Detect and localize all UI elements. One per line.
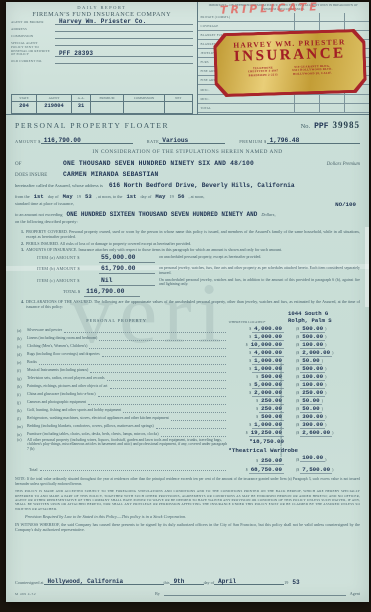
net-cell <box>165 102 193 114</box>
row-label: Books <box>27 360 37 364</box>
sticker-line: HOLLYWOOD 28, CALIF. <box>292 72 332 77</box>
value-2: 100.00 <box>300 373 325 381</box>
row-o-values: *18,750.00 *Theatrical Wardrobe $250.00 <box>228 438 284 465</box>
paragraph-list: 1. PROPERTY COVERED. Personal property o… <box>15 229 360 253</box>
amount-in-words: ONE HUNDRED SIXTEEN THOUSAND SEVEN HUNDR… <box>63 211 262 218</box>
value-2: 2,600.00 <box>300 429 332 437</box>
dotted-leader <box>99 336 226 341</box>
col-state: STATE <box>12 95 37 102</box>
fine-print: THIS POLICY IS MADE AND ACCEPTED SUBJECT… <box>15 489 360 511</box>
breakdown-cell <box>294 22 319 30</box>
dotted-leader <box>102 352 226 357</box>
value-2: 50.00 <box>300 357 321 365</box>
not-exceeding: to an amount not exceeding <box>15 212 63 217</box>
table-row: (f) Musical Instruments (including piano… <box>15 365 360 373</box>
sticker-address-col: 910 GUARANTY BLDG. 6331 HOLLYWOOD BLVD. … <box>292 64 333 76</box>
form-field-row: AGENT OR BROKER Harvey Wm. Priester Co. <box>11 18 193 25</box>
value-other: ($500.00) <box>296 365 360 373</box>
declarations-intro: 4. DECLARATIONS OF THE ASSURED. The foll… <box>15 299 360 310</box>
value-1: 10,000.00 <box>249 341 284 349</box>
rate-value: Various <box>159 137 191 144</box>
value-wherever: $19,250.00 <box>228 429 284 437</box>
dotted-leader <box>40 466 226 471</box>
value-other: ($50.00) <box>296 405 360 413</box>
breakdown-label: TOTAL <box>201 106 295 110</box>
table-row: (a) Silverware and pewter $4,000.00 ($50… <box>15 325 360 333</box>
standard-time: standard time at place of issuance, <box>15 201 74 210</box>
amount-rate-premium-row: Amount $ 116,790.00 Rate Various Premium… <box>15 137 360 144</box>
policy-term: from the1stday ofMay1953, at noon, to th… <box>15 193 360 226</box>
row-letter: (b) <box>17 337 27 341</box>
items-total-value: 116,790.00 <box>84 288 140 297</box>
value-other: ($100.00) <box>296 381 360 389</box>
row-letter: (f) <box>17 369 27 373</box>
sticker-phone-col: TELEPHONE CRESTVIEW 4-4847 BRADSHAW 2-22… <box>248 66 279 78</box>
row-letter: (n) <box>17 433 27 437</box>
end-year: 56 <box>174 193 189 200</box>
agency-sticker: HARVEY WM. PRIESTER INSURANCE TELEPHONE … <box>213 29 367 98</box>
breakdown-row: MISC. <box>198 95 370 104</box>
value-other: ($50.00) <box>296 357 360 365</box>
row-letter: (k) <box>17 409 27 413</box>
sticker-line: BRADSHAW 2-2213 <box>248 73 279 78</box>
cents-fraction: NO/100 <box>331 201 360 210</box>
value-other: ($300.00) <box>296 413 360 421</box>
breakdown-cell <box>319 13 344 21</box>
paragraph-number: 2. <box>15 241 26 246</box>
breakdown-cell <box>344 13 369 21</box>
value-2: 100.00 <box>300 381 325 389</box>
form-field-row: COMMISSION <box>11 32 193 39</box>
table-row: (m) Bedding (including blankets, comfort… <box>15 421 360 429</box>
item-amount: 61,790.00 <box>99 265 155 274</box>
insurance-items: ITEM (a) AMOUNT $ 55,000.00 on unschedul… <box>15 254 360 287</box>
by-line: By Agent <box>155 591 360 596</box>
day-of-1: day of <box>48 194 59 199</box>
total-v2: ($7,500.00) <box>296 466 360 474</box>
table-row: (b) Linens (including dining room and be… <box>15 333 360 341</box>
term-line-4: on the following described property: <box>15 219 360 225</box>
value-other: ($100.00) <box>296 341 360 349</box>
table-row: (k) Golf, hunting, fishing and other spo… <box>15 405 360 413</box>
dotted-leader <box>88 400 226 405</box>
col-aa: A. A. <box>72 95 91 102</box>
dollars-premium-label: Dollars Premium <box>327 162 360 167</box>
insurance-item-row: ITEM (b) AMOUNT $ 61,790.00 on personal … <box>37 265 360 275</box>
table-row: (i) China and glassware (including bric-… <box>15 389 360 397</box>
value-other: ($500.00) <box>296 325 360 333</box>
dotted-leader <box>98 392 227 397</box>
value-wherever: $500.00 <box>228 413 284 421</box>
value-wherever: $1,000.00 <box>228 421 284 429</box>
premium-group: Premium $ 1,796.48 <box>239 137 360 144</box>
policy-number-value: 39985 <box>333 120 361 130</box>
row-label: Musical Instruments (including pianos) <box>27 368 88 372</box>
term-line-1: from the1stday ofMay1953, at noon, to th… <box>15 193 360 201</box>
breakdown-cell <box>319 104 344 112</box>
item-amount: Nil <box>99 277 155 286</box>
row-letter: (h) <box>17 385 27 389</box>
day-of-2: day of <box>141 194 152 199</box>
table-total-row: Total $68,750.00 ($7,500.00) <box>15 466 360 474</box>
table-row: (c) Clothing (Men's, Women's, Children's… <box>15 341 360 349</box>
dotted-leader <box>39 360 226 365</box>
dotted-leader <box>110 384 227 389</box>
daily-report-left: DAILY REPORT FIREMAN'S FUND INSURANCE CO… <box>6 2 198 114</box>
premium-line: 1,796.48 <box>267 137 360 144</box>
declarations-table: PERSONAL PROPERTY WHEREVER LOCATED* 1044… <box>15 311 360 473</box>
premium-in-words: ONE THOUSAND SEVEN HUNDRED NINETY SIX AN… <box>63 160 254 167</box>
row-label: All other personal property (including w… <box>27 438 228 451</box>
row-label: Television sets, radios, record players … <box>27 376 105 380</box>
value-other: ($100.00) <box>296 373 360 381</box>
row-letter: (g) <box>17 377 27 381</box>
stipulation-paragraph: 3. AMOUNTS OF INSURANCE. Insurance attac… <box>15 247 360 252</box>
sticker-insurance-word: INSURANCE <box>234 46 346 65</box>
breakdown-label: MISC. <box>201 97 295 101</box>
blank-area <box>6 533 369 578</box>
premium-cell <box>91 102 124 114</box>
signature-line <box>164 595 346 596</box>
insured-row: DOES INSURE CARMEN MIRANDA SEBASTIAN <box>15 171 360 178</box>
countersign-month: April <box>214 578 240 585</box>
dotted-leader <box>123 408 226 413</box>
witness-clause: IN WITNESS WHEREOF, the said Company has… <box>15 522 360 533</box>
value-other: ($2,600.00) <box>296 429 360 437</box>
col-agent: AGENT <box>37 95 72 102</box>
total-label: Total <box>29 467 38 472</box>
value-2: 100.00 <box>300 341 325 349</box>
row-letter: (m) <box>17 425 27 429</box>
value-wherever: $10,000.00 <box>228 341 284 349</box>
term-line-2: standard time at place of issuance, NO/1… <box>15 201 360 210</box>
amount-group: Amount $ 116,790.00 <box>15 137 133 144</box>
state-value: 204 <box>12 102 37 114</box>
value-wherever: $1,000.00 <box>228 333 284 341</box>
dotted-leader <box>107 376 226 381</box>
row-letter: (j) <box>17 401 27 405</box>
policy-number: No. PPF 39985 <box>301 120 360 131</box>
row-label: Clothing (Men's, Women's, Children's) <box>27 344 87 348</box>
insured-name: CARMEN MIRANDA SEBASTIAN <box>63 171 159 178</box>
value-wherever: $1,000.00 <box>228 365 284 373</box>
value-wherever: $5,000.00 <box>228 381 284 389</box>
breakdown-cell <box>344 22 369 30</box>
row-letter: (l) <box>17 417 27 421</box>
value-2: 500.00 <box>300 333 325 341</box>
breakdown-cell <box>344 104 369 112</box>
value-1: 1,000.00 <box>252 333 284 341</box>
signature-row: M 499 4-52 By Agent <box>15 591 360 596</box>
breakdown-cell <box>294 104 319 112</box>
value-wherever: $4,000.00 <box>228 325 284 333</box>
row-letter: (d) <box>17 353 27 357</box>
day-of-label: day of <box>204 580 215 585</box>
items-total-label: TOTAL $ <box>63 289 80 295</box>
aa-value: 31 <box>72 102 91 114</box>
value-2: 300.00 <box>300 413 325 421</box>
breakdown-cell <box>294 95 319 103</box>
table-row: (d) Rugs (including floor coverings) and… <box>15 349 360 357</box>
field-label: POLICY SENT TO RENEWAL OR REWRITE OF POL… <box>11 46 55 57</box>
item-amount: 55,000.00 <box>99 254 155 263</box>
row-letter: (i) <box>17 393 27 397</box>
value-2: 300.00 <box>300 421 325 429</box>
agent-label: Agent <box>350 591 360 596</box>
value-other: ($50.00) <box>296 397 360 405</box>
month-line: April <box>214 578 284 585</box>
value-2: 250.00 <box>300 389 325 397</box>
value-1: 68,750.00 <box>249 466 284 474</box>
value-2: 100.00 <box>300 454 325 462</box>
item-label: ITEM (b) AMOUNT $ <box>37 265 99 272</box>
insurance-item-row: ITEM (a) AMOUNT $ 55,000.00 on unschedul… <box>37 254 360 263</box>
term-mid: , at noon, to the <box>96 194 123 199</box>
paragraph-number: 4. <box>15 299 26 310</box>
declarations-header: PERSONAL PROPERTY WHEREVER LOCATED* 1044… <box>15 311 360 324</box>
daily-report-title: DAILY REPORT <box>11 5 193 10</box>
company-name: FIREMAN'S FUND INSURANCE COMPANY <box>11 11 193 18</box>
table-row: (n) Furniture (including tables, chairs,… <box>15 429 360 437</box>
value-2: 7,500.00 <box>300 466 332 474</box>
sticker-face: HARVEY WM. PRIESTER INSURANCE TELEPHONE … <box>216 32 364 95</box>
rate-line: Various <box>159 137 225 144</box>
value-other: ($500.00) <box>296 333 360 341</box>
row-label: Silverware and pewter <box>27 328 62 332</box>
item-label: ITEM (a) AMOUNT $ <box>37 254 99 261</box>
premium-label: Premium $ <box>239 139 266 144</box>
paragraph-number: 1. <box>15 229 26 240</box>
row-label: Golf, hunting, fishing and other sports … <box>27 408 121 412</box>
asterisk-side-note: *Of which the following amounts are usua… <box>281 337 288 487</box>
paragraph-text: AMOUNTS OF INSURANCE. Insurance attaches… <box>26 247 282 252</box>
table-row: (l) Refrigerators, washing machines, sto… <box>15 413 360 421</box>
dotted-leader <box>64 328 226 333</box>
breakdown-cell <box>319 95 344 103</box>
paragraph-text: PROPERTY COVERED. Personal property owne… <box>26 229 360 240</box>
item-description: on unscheduled personal property, except… <box>155 254 360 260</box>
of-label: OF <box>15 162 63 167</box>
paragraph-number: 3. <box>15 247 26 252</box>
col-commission: COMMISSION <box>124 95 165 102</box>
countersigned-at-label: Countersigned at <box>15 580 44 585</box>
from-the: from the <box>15 194 30 199</box>
countersign-row: Countersigned at Hollywood, California t… <box>15 578 360 585</box>
mini-table-header: STATEAGENTA. A.PREMIUMCOMMISSIONNET <box>12 95 193 102</box>
field-value: Harvey Wm. Priester Co. <box>59 18 146 25</box>
row-label: Linens (including dining room and bedroo… <box>27 336 97 340</box>
col-personal-property: PERSONAL PROPERTY <box>15 318 218 325</box>
col-premium: PREMIUM <box>91 95 124 102</box>
insurance-item-row: ITEM (c) AMOUNT $ Nil On unscheduled per… <box>37 277 360 287</box>
dotted-leader <box>156 424 226 429</box>
value-2: 500.00 <box>300 325 325 333</box>
row-label: Refrigerators, washing machines, stoves,… <box>27 416 169 420</box>
field-line: PFF 28393 <box>55 50 193 57</box>
page-title: PERSONAL PROPERTY FLOATER <box>15 121 169 130</box>
countersign-day: 9th <box>170 578 189 585</box>
row-letter: (e) <box>17 361 27 365</box>
amount-label: Amount $ <box>15 139 41 144</box>
amount-line: 116,790.00 <box>41 137 133 144</box>
agent-mini-table: STATEAGENTA. A.PREMIUMCOMMISSIONNET 2042… <box>11 94 193 114</box>
row-letter: (c) <box>17 345 27 349</box>
item-description: On unscheduled personal jewelry, watches… <box>155 277 360 287</box>
table-row-o: (o) All other personal property (includi… <box>15 438 360 465</box>
countersign-year: 53 <box>288 579 303 586</box>
field-value: PFF 28393 <box>59 50 93 57</box>
table-row: (e) Books $1,000.00 ($50.00) <box>15 357 360 365</box>
countersign-section: Countersigned at Hollywood, California t… <box>6 578 369 602</box>
field-label: OLD CURRENT NO. <box>11 60 55 64</box>
rate-label: Rate <box>147 139 160 144</box>
amount-value: 116,790.00 <box>41 137 84 144</box>
dotted-leader <box>161 432 226 437</box>
value-wherever: $250.00 <box>228 405 284 413</box>
value-other: ($250.00) <box>296 389 360 397</box>
sticker-contact: TELEPHONE CRESTVIEW 4-4847 BRADSHAW 2-22… <box>248 64 333 78</box>
value-wherever: $1,000.00 <box>228 357 284 365</box>
value-wherever: $250.00 <box>228 397 284 405</box>
stipulation-paragraph: 2. PERILS INSURED. All risks of loss of … <box>15 241 360 246</box>
value-1: 4,000.00 <box>252 349 284 357</box>
breakdown-label: COVERAGE <box>201 24 295 28</box>
paragraph-text: DECLARATIONS OF THE ASSURED. The followi… <box>26 299 360 310</box>
breakdown-cell <box>319 22 344 30</box>
table-row: (j) Cameras and photographic equipment $… <box>15 397 360 405</box>
premium-words-row: OF ONE THOUSAND SEVEN HUNDRED NINETY SIX… <box>15 160 360 167</box>
floater-header: PERSONAL PROPERTY FLOATER No. PPF 39985 <box>15 120 360 131</box>
row-label: Paintings, etchings, pictures and other … <box>27 384 108 388</box>
value-1: 4,000.00 <box>252 325 284 333</box>
does-insure-label: DOES INSURE <box>15 173 63 178</box>
dotted-leader <box>171 416 226 421</box>
stipulation-paragraphs: 1. PROPERTY COVERED. Personal property o… <box>15 229 360 310</box>
value-wherever: $2,000.00 <box>228 389 284 397</box>
paragraph-text: PERILS INSURED. All risks of loss of or … <box>26 241 191 246</box>
row-label: China and glassware (including bric-a-br… <box>27 392 96 396</box>
row-label: Furniture (including tables, chairs, sof… <box>27 432 159 436</box>
form-code: M 499 4-52 <box>15 592 95 596</box>
end-day: 1st <box>122 193 140 200</box>
day-line: 9th <box>170 578 204 585</box>
end-month: May <box>151 193 169 200</box>
daily-report-section: DAILY REPORT FIREMAN'S FUND INSURANCE CO… <box>6 2 369 115</box>
value-wherever: $500.00 <box>228 373 284 381</box>
place-line: Hollywood, California <box>44 578 164 585</box>
row-o-v2: ($100.00) <box>296 438 360 462</box>
insurance-document: DAILY REPORT FIREMAN'S FUND INSURANCE CO… <box>6 2 369 602</box>
by-label: By <box>155 591 160 596</box>
provision-line: Provision Required by Law to be Stated i… <box>15 514 360 519</box>
row-letter: (o) <box>17 438 27 442</box>
value-2: 500.00 <box>300 365 325 373</box>
table-row: (h) Paintings, etchings, pictures and ot… <box>15 381 360 389</box>
theatrical-amount: *18,750.00 <box>249 438 284 445</box>
value-other: ($2,000.00) <box>296 349 360 357</box>
mini-table-row: 20421980431 <box>12 102 193 114</box>
dotted-leader <box>90 368 226 373</box>
table-row: (g) Television sets, radios, record play… <box>15 373 360 381</box>
note-paragraph: NOTE: If the total value ordinarily situ… <box>15 477 360 486</box>
col-other-location: 1044 South G Rolph, Palm S <box>288 311 360 324</box>
daily-report-fields: AGENT OR BROKER Harvey Wm. Priester Co. … <box>11 18 193 64</box>
stipulation-paragraph: 1. PROPERTY COVERED. Personal property o… <box>15 229 360 240</box>
commission-cell <box>124 102 165 114</box>
form-field-row: OLD CURRENT NO. <box>11 57 193 64</box>
countersign-place: Hollywood, California <box>44 578 128 585</box>
form-field-row: POLICY SENT TO RENEWAL OR REWRITE OF POL… <box>11 46 193 57</box>
total-v1: $68,750.00 <box>228 466 284 474</box>
hereinafter-label: hereinafter called the Assured, whose ad… <box>15 183 103 188</box>
term-tail: , at noon, <box>188 194 204 199</box>
value-2: 50.00 <box>300 405 321 413</box>
premium-value: 1,796.48 <box>267 137 303 144</box>
breakdown-cell <box>344 95 369 103</box>
value-1: 19,250.00 <box>249 429 284 437</box>
declaration-rows: (a) Silverware and pewter $4,000.00 ($50… <box>15 325 360 437</box>
row-label: Rugs (including floor coverings) and dra… <box>27 352 100 356</box>
col-net: NET <box>165 95 193 102</box>
start-month: May <box>59 193 77 200</box>
item-label: ITEM (c) AMOUNT $ <box>37 277 99 284</box>
row-letter: (a) <box>17 329 27 333</box>
row-label: Cameras and photographic equipment <box>27 400 86 404</box>
policy-body: PERSONAL PROPERTY FLOATER No. PPF 39985 … <box>6 115 369 533</box>
no-label: No. <box>301 123 310 130</box>
dotted-leader <box>89 344 226 349</box>
dollars-label: Dollars, <box>261 212 275 217</box>
insured-address: 616 North Bedford Drive, Beverly Hills, … <box>109 182 295 189</box>
start-year: 53 <box>81 193 96 200</box>
field-line <box>55 63 193 64</box>
item-description: on personal jewelry, watches, furs, fine… <box>155 265 360 275</box>
value-2: 2,000.00 <box>300 349 332 357</box>
address-row: hereinafter called the Assured, whose ad… <box>15 182 360 189</box>
items-total-row: TOTAL $ 116,790.00 <box>63 288 360 297</box>
start-day: 1st <box>30 193 48 200</box>
field-line: Harvey Wm. Priester Co. <box>55 18 193 25</box>
policy-prefix: PPF <box>314 122 328 131</box>
row-label: Bedding (including blankets, comforters,… <box>27 424 154 428</box>
term-line-3: to an amount not exceedingONE HUNDRED SI… <box>15 210 360 219</box>
rate-group: Rate Various <box>147 137 226 144</box>
consideration-line: IN CONSIDERATION OF THE STIPULATIONS HER… <box>15 149 360 155</box>
value-wherever: $4,000.00 <box>228 349 284 357</box>
agent-value: 219804 <box>37 102 72 114</box>
form-field-row: ADDRESS <box>11 25 193 32</box>
value-other: ($300.00) <box>296 421 360 429</box>
breakdown-row: TOTAL <box>198 104 370 113</box>
location-line-2: Rolph, Palm S <box>288 318 360 325</box>
value-2: 50.00 <box>300 397 321 405</box>
